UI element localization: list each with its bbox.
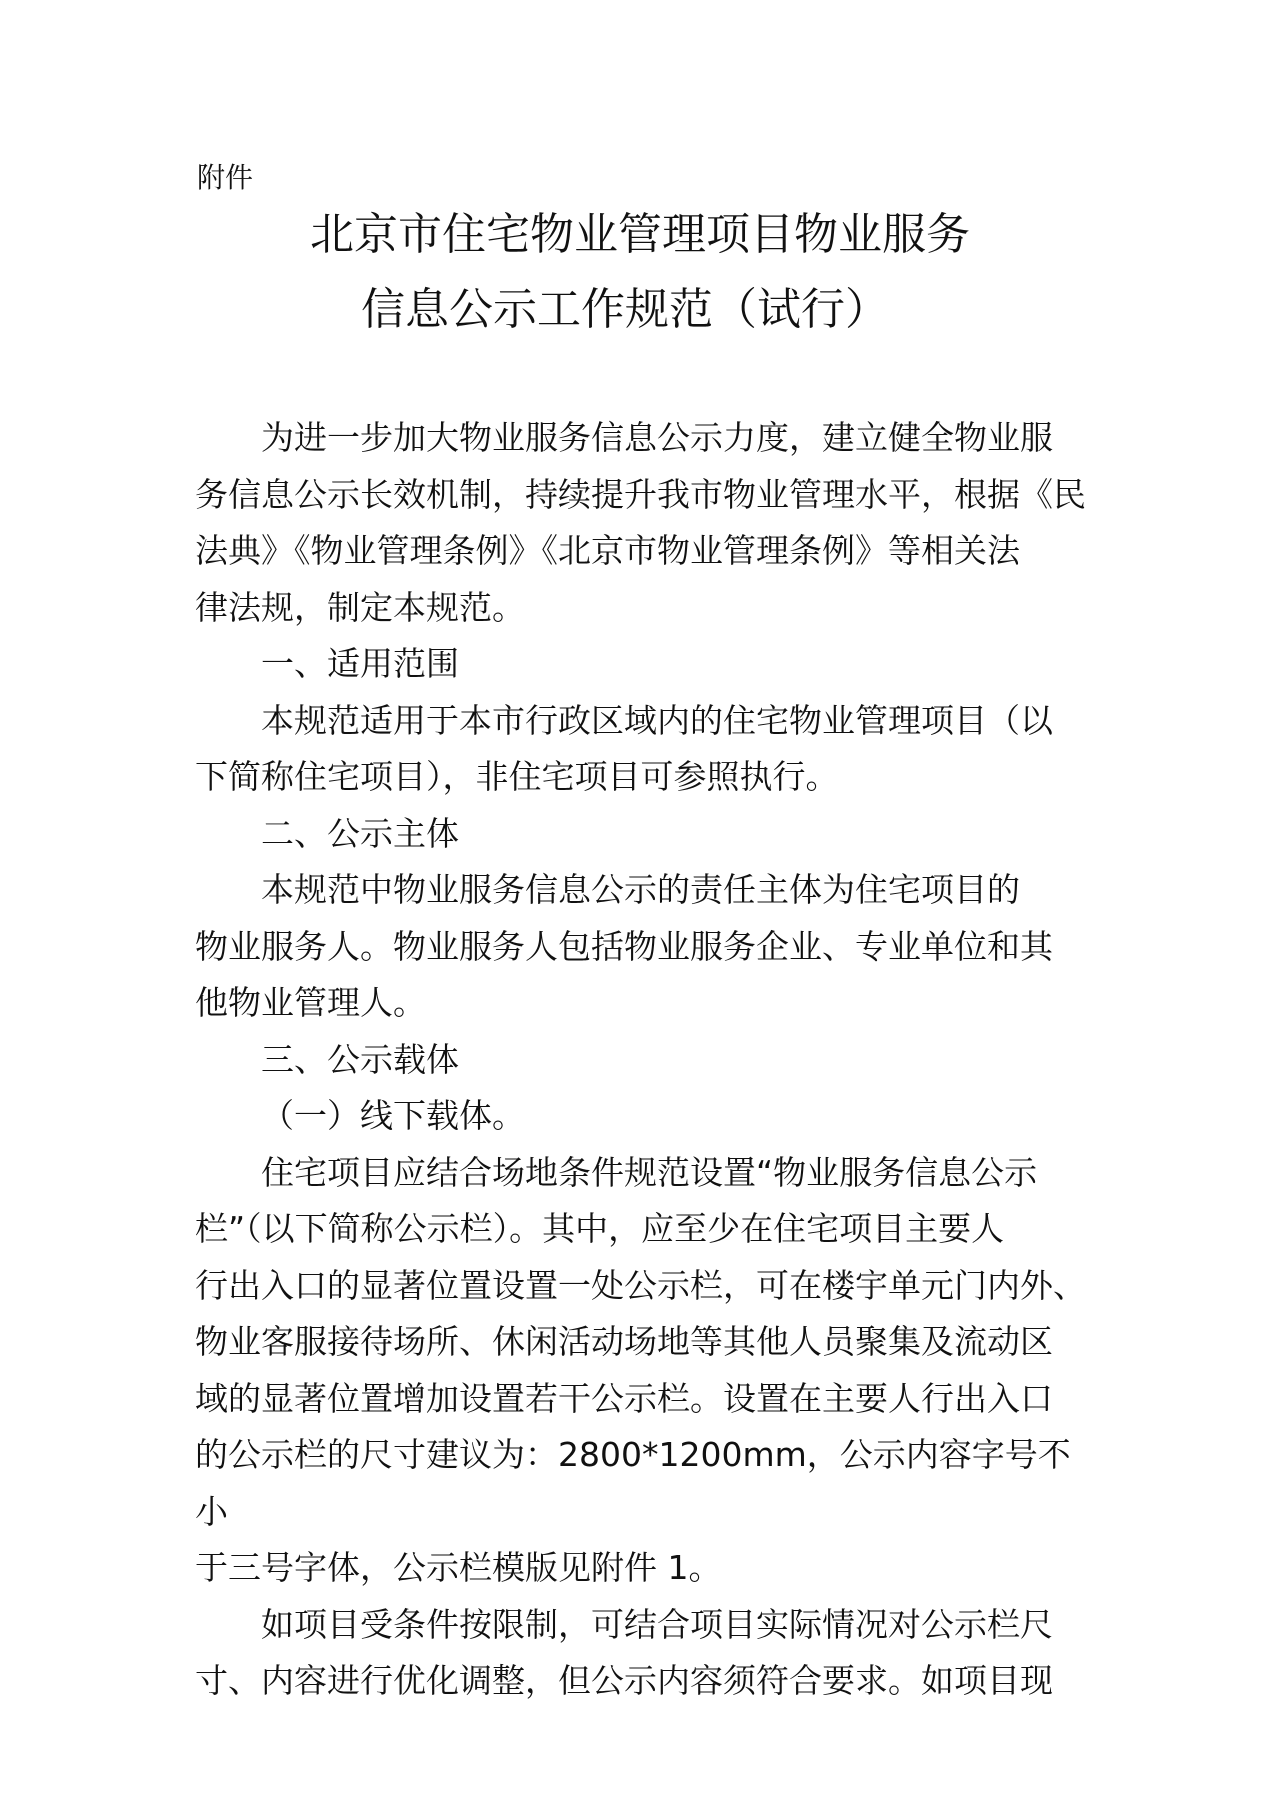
body-line: 的公示栏的尺寸建议为：2800*1200mm，公示内容字号不小	[195, 1427, 1095, 1540]
body-line: 如项目受条件按限制，可结合项目实际情况对公示栏尺	[195, 1597, 1095, 1654]
body-line: 物业客服接待场所、休闲活动场地等其他人员聚集及流动区	[195, 1314, 1095, 1371]
body-line: 他物业管理人。	[195, 975, 1095, 1032]
body-line: 法典》《物业管理条例》《北京市物业管理条例》等相关法	[195, 523, 1095, 580]
body-line: 物业服务人。物业服务人包括物业服务企业、专业单位和其	[195, 919, 1095, 976]
body-line: 住宅项目应结合场地条件规范设置“物业服务信息公示	[195, 1145, 1095, 1202]
section-heading: 二、公示主体	[195, 806, 1095, 863]
section-heading: 一、适用范围	[195, 636, 1095, 693]
subsection-heading: （一）线下载体。	[195, 1088, 1095, 1145]
body-line: 于三号字体，公示栏模版见附件 1。	[195, 1540, 1095, 1597]
attachment-label: 附件	[197, 160, 253, 196]
body-line: 务信息公示长效机制，持续提升我市物业管理水平，根据《民	[195, 467, 1095, 524]
document-title-line-2: 信息公示工作规范（试行）	[0, 280, 1265, 340]
document-title-line-1: 北京市住宅物业管理项目物业服务	[0, 205, 1280, 265]
body-line: 律法规，制定本规范。	[195, 580, 1095, 637]
body-line: 寸、内容进行优化调整，但公示内容须符合要求。如项目现	[195, 1653, 1095, 1710]
body-line: 域的显著位置增加设置若干公示栏。设置在主要人行出入口	[195, 1371, 1095, 1428]
document-body: 为进一步加大物业服务信息公示力度，建立健全物业服 务信息公示长效机制，持续提升我…	[195, 410, 1095, 1710]
body-line: 行出入口的显著位置设置一处公示栏，可在楼宇单元门内外、	[195, 1258, 1095, 1315]
body-line: 本规范中物业服务信息公示的责任主体为住宅项目的	[195, 862, 1095, 919]
body-line: 为进一步加大物业服务信息公示力度，建立健全物业服	[195, 410, 1095, 467]
body-line: 下简称住宅项目），非住宅项目可参照执行。	[195, 749, 1095, 806]
document-page: 附件 北京市住宅物业管理项目物业服务 信息公示工作规范（试行） 为进一步加大物业…	[0, 0, 1280, 1810]
body-line: 栏”（以下简称公示栏）。其中，应至少在住宅项目主要人	[195, 1201, 1095, 1258]
section-heading: 三、公示载体	[195, 1032, 1095, 1089]
body-line: 本规范适用于本市行政区域内的住宅物业管理项目（以	[195, 693, 1095, 750]
